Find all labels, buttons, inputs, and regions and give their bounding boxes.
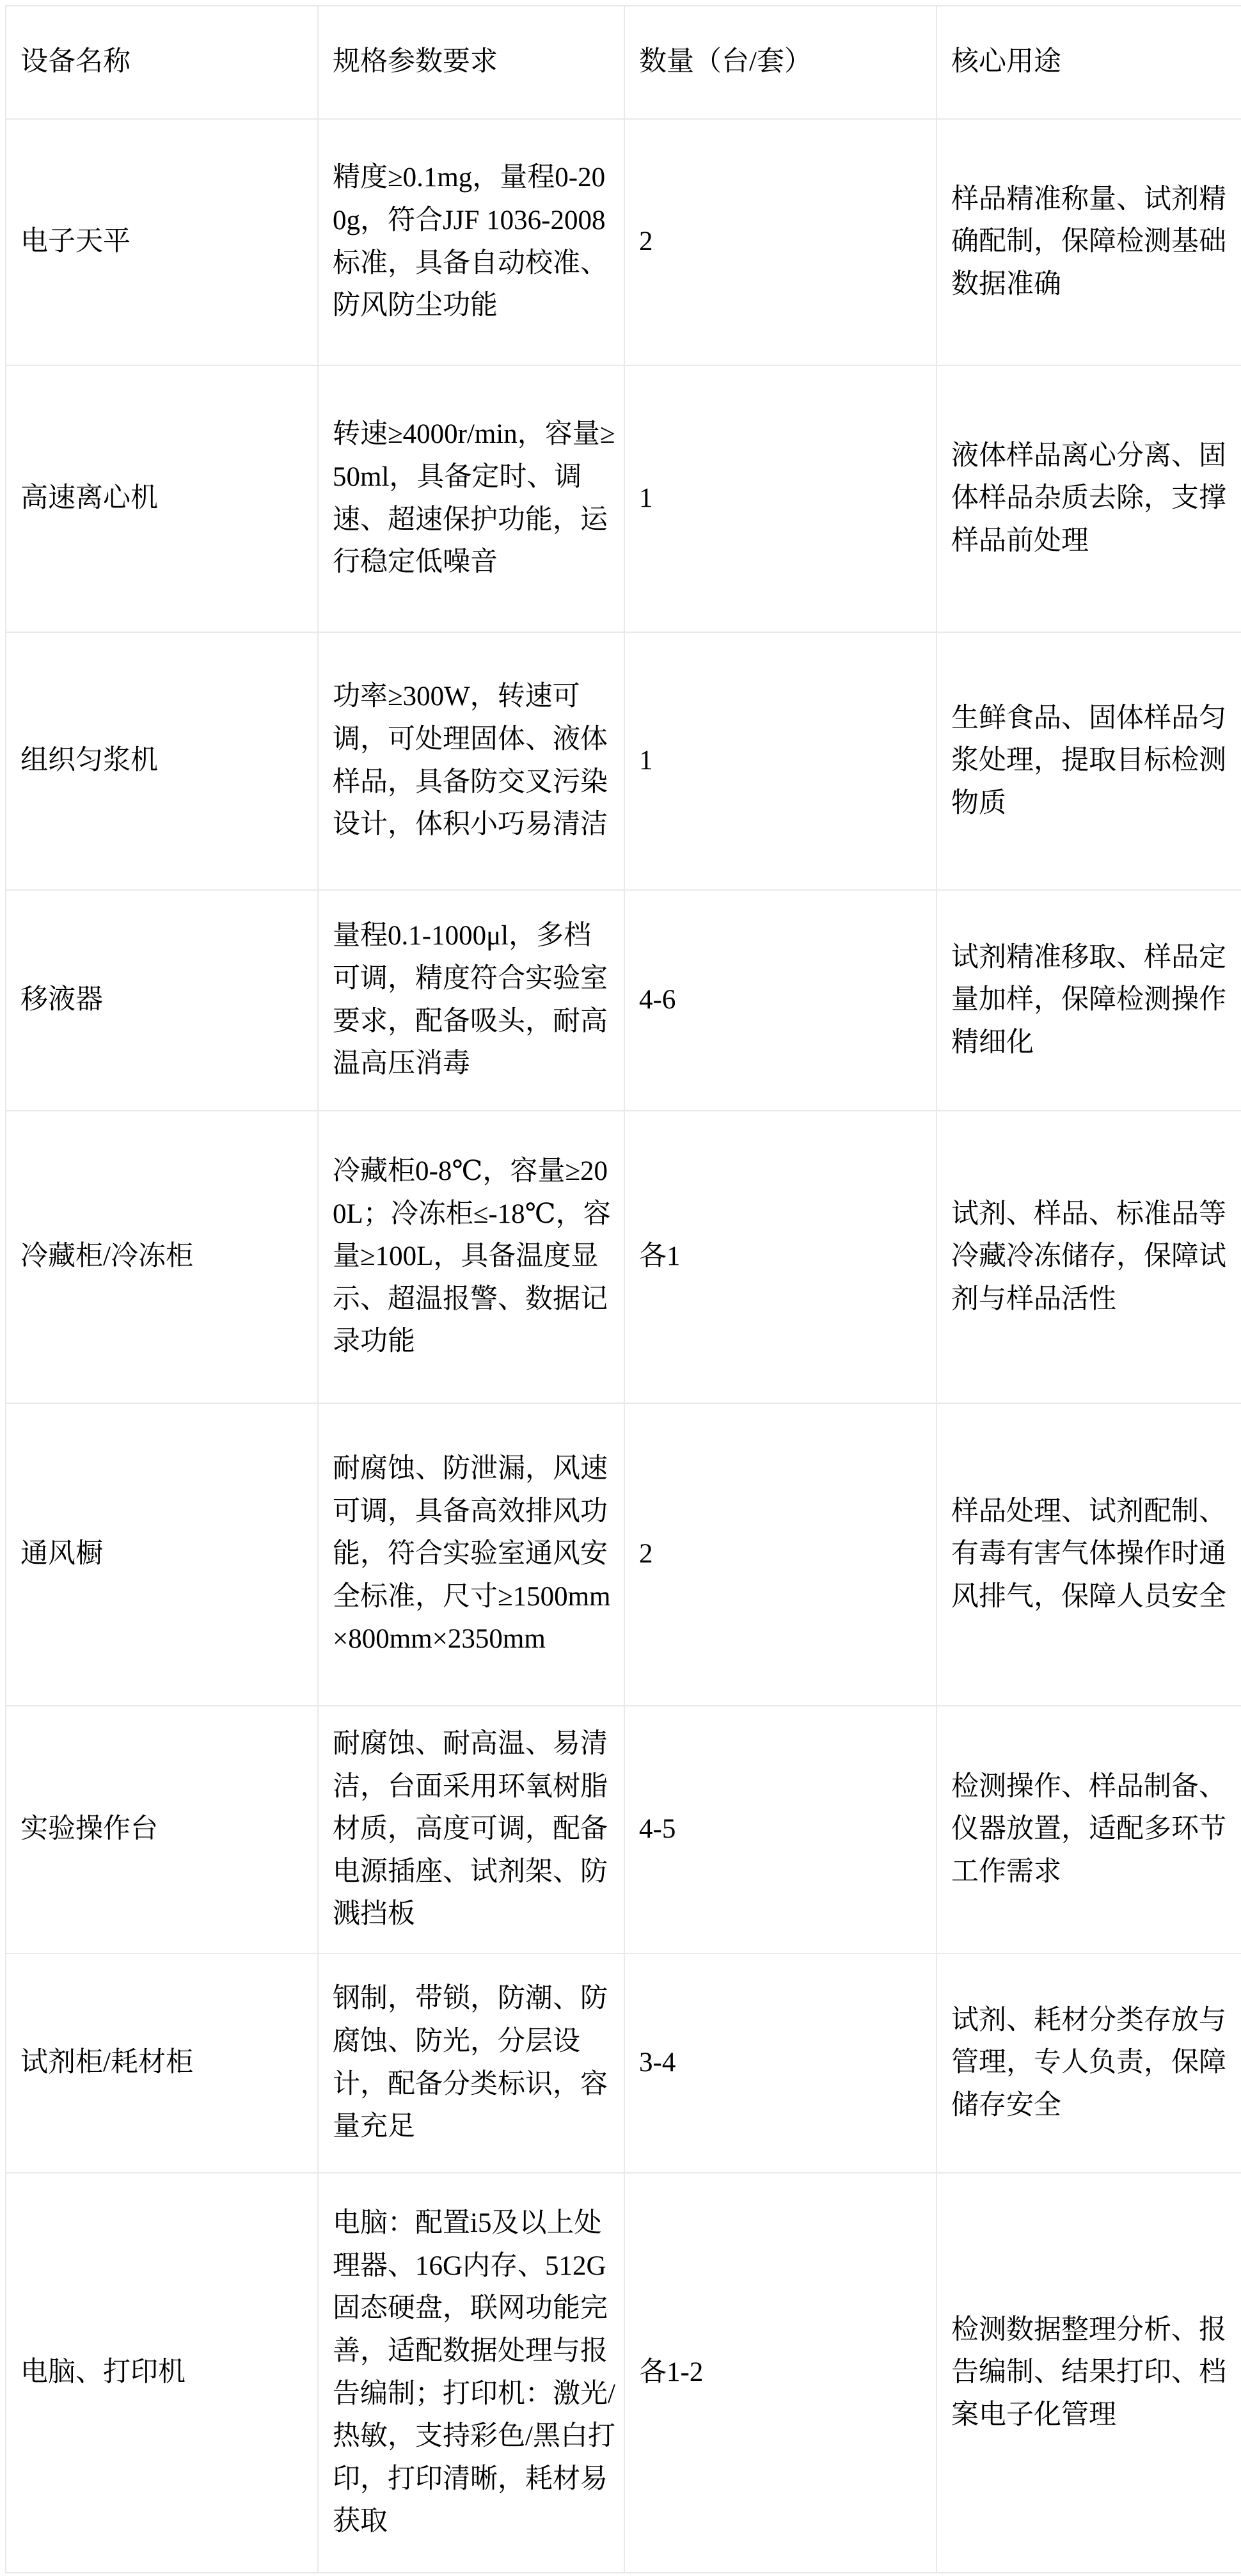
header-row: 设备名称 规格参数要求 数量（台/套） 核心用途 [6, 6, 1241, 119]
cell-specs: 量程0.1-1000μl，多档可调，精度符合实验室要求，配备吸头，耐高温高压消毒 [318, 890, 624, 1111]
cell-quantity: 4-6 [624, 890, 937, 1111]
cell-device-name: 通风橱 [6, 1403, 318, 1706]
cell-quantity: 1 [624, 365, 937, 632]
table-row: 移液器 量程0.1-1000μl，多档可调，精度符合实验室要求，配备吸头，耐高温… [6, 890, 1241, 1111]
table-row: 通风橱 耐腐蚀、防泄漏，风速可调，具备高效排风功能，符合实验室通风安全标准，尺寸… [6, 1403, 1241, 1706]
cell-core-use: 生鲜食品、固体样品匀浆处理，提取目标检测物质 [937, 632, 1241, 890]
table-row: 电子天平 精度≥0.1mg，量程0-200g，符合JJF 1036-2008标准… [6, 119, 1241, 365]
cell-specs: 钢制，带锁，防潮、防腐蚀、防光，分层设计，配备分类标识，容量充足 [318, 1953, 624, 2173]
cell-specs: 电脑：配置i5及以上处理器、16G内存、512G固态硬盘，联网功能完善，适配数据… [318, 2173, 624, 2573]
cell-specs: 转速≥4000r/min，容量≥50ml，具备定时、调速、超速保护功能，运行稳定… [318, 365, 624, 632]
cell-core-use: 样品精准称量、试剂精确配制，保障检测基础数据准确 [937, 119, 1241, 365]
equipment-table: 设备名称 规格参数要求 数量（台/套） 核心用途 电子天平 精度≥0.1mg，量… [5, 5, 1241, 2573]
cell-specs: 耐腐蚀、防泄漏，风速可调，具备高效排风功能，符合实验室通风安全标准，尺寸≥150… [318, 1403, 624, 1706]
cell-device-name: 试剂柜/耗材柜 [6, 1953, 318, 2173]
header-device-name: 设备名称 [6, 6, 318, 119]
table-row: 高速离心机 转速≥4000r/min，容量≥50ml，具备定时、调速、超速保护功… [6, 365, 1241, 632]
cell-quantity: 1 [624, 632, 937, 890]
cell-quantity: 4-5 [624, 1706, 937, 1953]
table-row: 电脑、打印机 电脑：配置i5及以上处理器、16G内存、512G固态硬盘，联网功能… [6, 2173, 1241, 2573]
cell-quantity: 各1-2 [624, 2173, 937, 2573]
cell-core-use: 检测数据整理分析、报告编制、结果打印、档案电子化管理 [937, 2173, 1241, 2573]
cell-specs: 冷藏柜0-8℃，容量≥200L；冷冻柜≤-18℃，容量≥100L，具备温度显示、… [318, 1111, 624, 1403]
cell-quantity: 2 [624, 119, 937, 365]
header-core-use: 核心用途 [937, 6, 1241, 119]
cell-core-use: 检测操作、样品制备、仪器放置，适配多环节工作需求 [937, 1706, 1241, 1953]
header-specs: 规格参数要求 [318, 6, 624, 119]
cell-quantity: 各1 [624, 1111, 937, 1403]
header-quantity: 数量（台/套） [624, 6, 937, 119]
cell-core-use: 试剂、样品、标准品等冷藏冷冻储存，保障试剂与样品活性 [937, 1111, 1241, 1403]
cell-device-name: 组织匀浆机 [6, 632, 318, 890]
cell-quantity: 3-4 [624, 1953, 937, 2173]
table-row: 冷藏柜/冷冻柜 冷藏柜0-8℃，容量≥200L；冷冻柜≤-18℃，容量≥100L… [6, 1111, 1241, 1403]
table-row: 组织匀浆机 功率≥300W，转速可调，可处理固体、液体样品，具备防交叉污染设计，… [6, 632, 1241, 890]
cell-specs: 精度≥0.1mg，量程0-200g，符合JJF 1036-2008标准，具备自动… [318, 119, 624, 365]
table-row: 实验操作台 耐腐蚀、耐高温、易清洁，台面采用环氧树脂材质，高度可调，配备电源插座… [6, 1706, 1241, 1953]
cell-specs: 功率≥300W，转速可调，可处理固体、液体样品，具备防交叉污染设计，体积小巧易清… [318, 632, 624, 890]
cell-core-use: 试剂精准移取、样品定量加样，保障检测操作精细化 [937, 890, 1241, 1111]
cell-device-name: 电脑、打印机 [6, 2173, 318, 2573]
table-row: 试剂柜/耗材柜 钢制，带锁，防潮、防腐蚀、防光，分层设计，配备分类标识，容量充足… [6, 1953, 1241, 2173]
cell-device-name: 冷藏柜/冷冻柜 [6, 1111, 318, 1403]
cell-core-use: 试剂、耗材分类存放与管理，专人负责，保障储存安全 [937, 1953, 1241, 2173]
cell-core-use: 样品处理、试剂配制、有毒有害气体操作时通风排气，保障人员安全 [937, 1403, 1241, 1706]
cell-device-name: 实验操作台 [6, 1706, 318, 1953]
cell-specs: 耐腐蚀、耐高温、易清洁，台面采用环氧树脂材质，高度可调，配备电源插座、试剂架、防… [318, 1706, 624, 1953]
cell-device-name: 移液器 [6, 890, 318, 1111]
cell-quantity: 2 [624, 1403, 937, 1706]
cell-core-use: 液体样品离心分离、固体样品杂质去除，支撑样品前处理 [937, 365, 1241, 632]
cell-device-name: 电子天平 [6, 119, 318, 365]
cell-device-name: 高速离心机 [6, 365, 318, 632]
